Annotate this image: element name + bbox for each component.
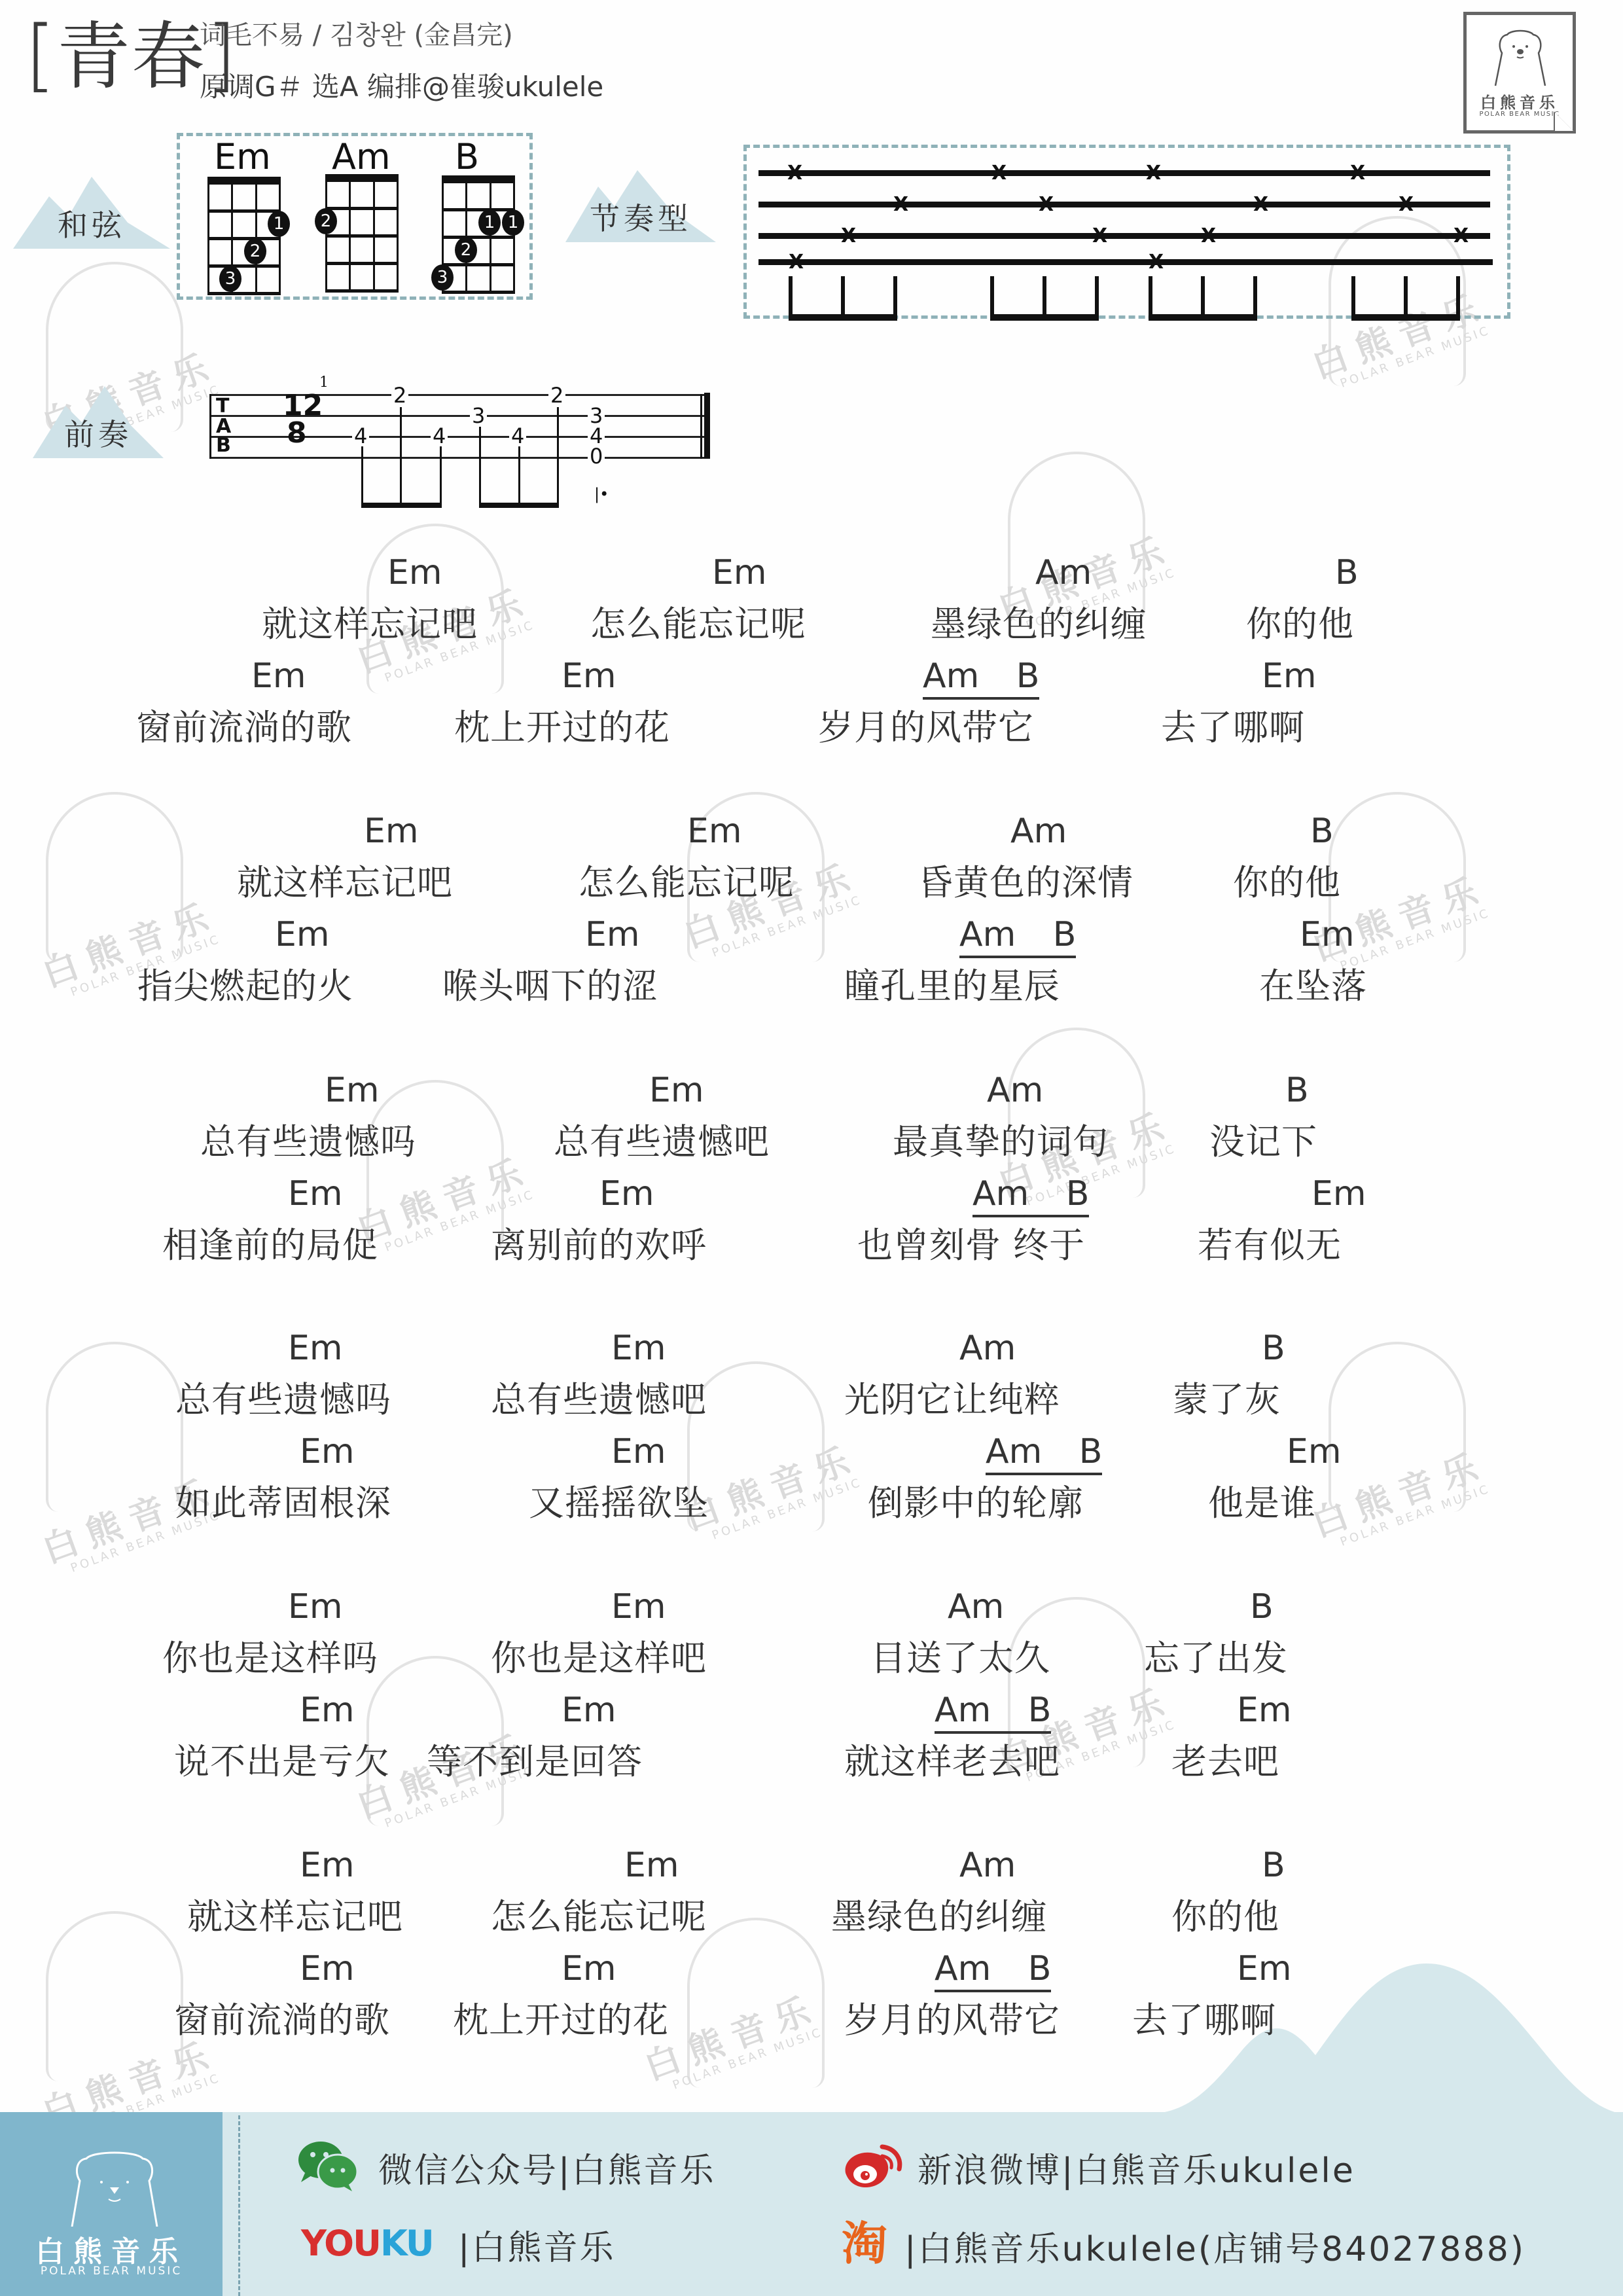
chord-label-underlined: Am B [972, 1174, 1089, 1217]
lyric-phrase: 等不到是回答 [427, 1741, 643, 1783]
footer-divider [238, 2115, 240, 2296]
lyric-phrase: 蒙了灰 [1173, 1379, 1281, 1421]
chord-label: B [1262, 1329, 1285, 1368]
chord-label: Em [300, 1846, 355, 1885]
wechat-label: 微信公众号|白熊音乐 [378, 2143, 716, 2192]
lyric-phrase: 在坠落 [1259, 965, 1367, 1007]
youku-icon: YOUKU [301, 2223, 433, 2264]
lyric-phrase: 就这样老去吧 [844, 1741, 1060, 1783]
lyric-phrase: 老去吧 [1171, 1741, 1279, 1783]
chord-label: Em [624, 1846, 679, 1885]
chord-label-underlined: Am B [935, 1691, 1051, 1734]
lyric-phrase: 就这样忘记吧 [237, 862, 453, 904]
chord-label: Em [300, 1949, 355, 1988]
chord-label-underlined: Am B [935, 1949, 1051, 1992]
weibo-label: 新浪微博|白熊音乐ukulele [918, 2143, 1355, 2192]
chord-label: Em [387, 553, 442, 592]
lyric-phrase: 最真挚的词句 [893, 1121, 1109, 1163]
chord-label: Em [585, 915, 640, 954]
lyric-phrase: 就这样忘记吧 [262, 603, 478, 645]
chord-label: Em [611, 1432, 666, 1471]
chord-label: Em [649, 1071, 704, 1110]
chord-label: Am [948, 1587, 1004, 1626]
youku-label: |白熊音乐 [458, 2220, 616, 2269]
lyric-phrase: 光阴它让纯粹 [844, 1379, 1060, 1421]
lyric-phrase: 昏黄色的深情 [918, 862, 1133, 904]
chord-label: Em [325, 1071, 380, 1110]
chord-label: Em [364, 812, 419, 851]
lyric-phrase: 又摇摇欲坠 [529, 1482, 709, 1524]
wechat-icon [297, 2140, 360, 2193]
lyric-phrase: 去了哪啊 [1132, 2000, 1276, 2041]
lyric-phrase: 怎么能忘记呢 [590, 603, 806, 645]
chord-label: Am [1035, 553, 1092, 592]
lyric-phrase: 枕上开过的花 [454, 707, 670, 749]
chord-label: Em [712, 553, 767, 592]
lyric-phrase: 怎么能忘记呢 [491, 1896, 707, 1938]
lyric-phrase: 你也是这样吗 [162, 1638, 378, 1679]
chord-label: Am [987, 1071, 1043, 1110]
footer-brand-en: POLAR BEAR MUSIC [0, 2265, 223, 2278]
lyric-phrase: 说不出是亏欠 [174, 1741, 390, 1783]
lyrics-area: Em Em Am B 就这样忘记吧 怎么能忘记呢 墨绿色的纠缠 你的他 Em E… [0, 0, 1623, 2108]
taobao-icon: 淘 [842, 2217, 887, 2270]
lyric-phrase: 怎么能忘记呢 [579, 862, 794, 904]
chord-label: Em [1262, 656, 1317, 696]
chord-label: B [1285, 1071, 1309, 1110]
lyric-phrase: 他是谁 [1208, 1482, 1316, 1524]
lyric-phrase: 你的他 [1246, 603, 1354, 645]
chord-label: Em [611, 1329, 666, 1368]
footer-brand-cn: 白熊音乐 [0, 2228, 223, 2270]
lyric-phrase: 总有些遗憾吗 [175, 1379, 391, 1421]
chord-label: B [1335, 553, 1359, 592]
chord-label: Am [959, 1846, 1016, 1885]
lyric-phrase: 没记下 [1209, 1121, 1317, 1163]
lyric-phrase: 喉头咽下的涩 [442, 965, 658, 1007]
lyric-phrase: 岁月的风带它 [844, 2000, 1060, 2041]
chord-label: Em [562, 1691, 616, 1730]
lyric-phrase: 离别前的欢呼 [491, 1225, 707, 1266]
chord-label: Em [1237, 1691, 1292, 1730]
chord-label: Em [1237, 1949, 1292, 1988]
chord-label: Em [251, 656, 306, 696]
chord-label: Em [611, 1587, 666, 1626]
lyric-phrase: 忘了出发 [1144, 1638, 1288, 1679]
lyric-phrase: 若有似无 [1198, 1225, 1342, 1266]
lyric-phrase: 窗前流淌的歌 [174, 2000, 390, 2041]
chord-label: Em [275, 915, 330, 954]
lyric-phrase: 如此蒂固根深 [175, 1482, 391, 1524]
chord-label-underlined: Am B [986, 1432, 1102, 1475]
chord-label: B [1250, 1587, 1274, 1626]
chord-label: B [1310, 812, 1334, 851]
chord-label-underlined: Am B [923, 656, 1039, 700]
lyric-phrase: 墨绿色的纠缠 [831, 1896, 1047, 1938]
chord-label: Em [562, 656, 616, 696]
chord-label: Em [288, 1174, 343, 1213]
chord-label: Em [1311, 1174, 1366, 1213]
taobao-label: |白熊音乐ukulele(店铺号84027888) [904, 2221, 1525, 2270]
chord-label: Em [288, 1587, 343, 1626]
lyric-phrase: 总有些遗憾吧 [491, 1379, 707, 1421]
chord-label: Em [562, 1949, 616, 1988]
lyric-phrase: 总有些遗憾吧 [554, 1121, 770, 1163]
chord-label: Em [687, 812, 742, 851]
lyric-phrase: 就这样忘记吧 [187, 1896, 403, 1938]
chord-label: Am [959, 1329, 1016, 1368]
lyric-phrase: 相逢前的局促 [162, 1225, 378, 1266]
lyric-phrase: 窗前流淌的歌 [136, 707, 352, 749]
chord-label: B [1262, 1846, 1285, 1885]
lyric-phrase: 枕上开过的花 [453, 2000, 669, 2041]
weibo-icon [839, 2140, 904, 2193]
lyric-phrase: 岁月的风带它 [818, 707, 1034, 749]
chord-label: Em [1287, 1432, 1342, 1471]
lyric-phrase: 你也是这样吧 [491, 1638, 707, 1679]
chord-label: Em [599, 1174, 654, 1213]
chord-label: Em [1300, 915, 1355, 954]
lyric-phrase: 指尖燃起的火 [137, 965, 353, 1007]
lyric-phrase: 也曾刻骨 终于 [857, 1225, 1085, 1266]
chord-label: Em [300, 1432, 355, 1471]
chord-label: Am [1010, 812, 1067, 851]
lyric-phrase: 瞳孔里的星辰 [844, 965, 1060, 1007]
lyric-phrase: 目送了太久 [870, 1638, 1050, 1679]
lyric-phrase: 你的他 [1171, 1896, 1279, 1938]
bear-outline-icon [65, 2148, 164, 2227]
chord-label-underlined: Am B [959, 915, 1076, 958]
lyric-phrase: 你的他 [1233, 862, 1341, 904]
lyric-phrase: 总有些遗憾吗 [200, 1121, 416, 1163]
chord-label: Em [288, 1329, 343, 1368]
lyric-phrase: 倒影中的轮廓 [868, 1482, 1084, 1524]
lyric-phrase: 去了哪啊 [1161, 707, 1305, 749]
chord-label: Em [300, 1691, 355, 1730]
lyric-phrase: 墨绿色的纠缠 [931, 603, 1147, 645]
